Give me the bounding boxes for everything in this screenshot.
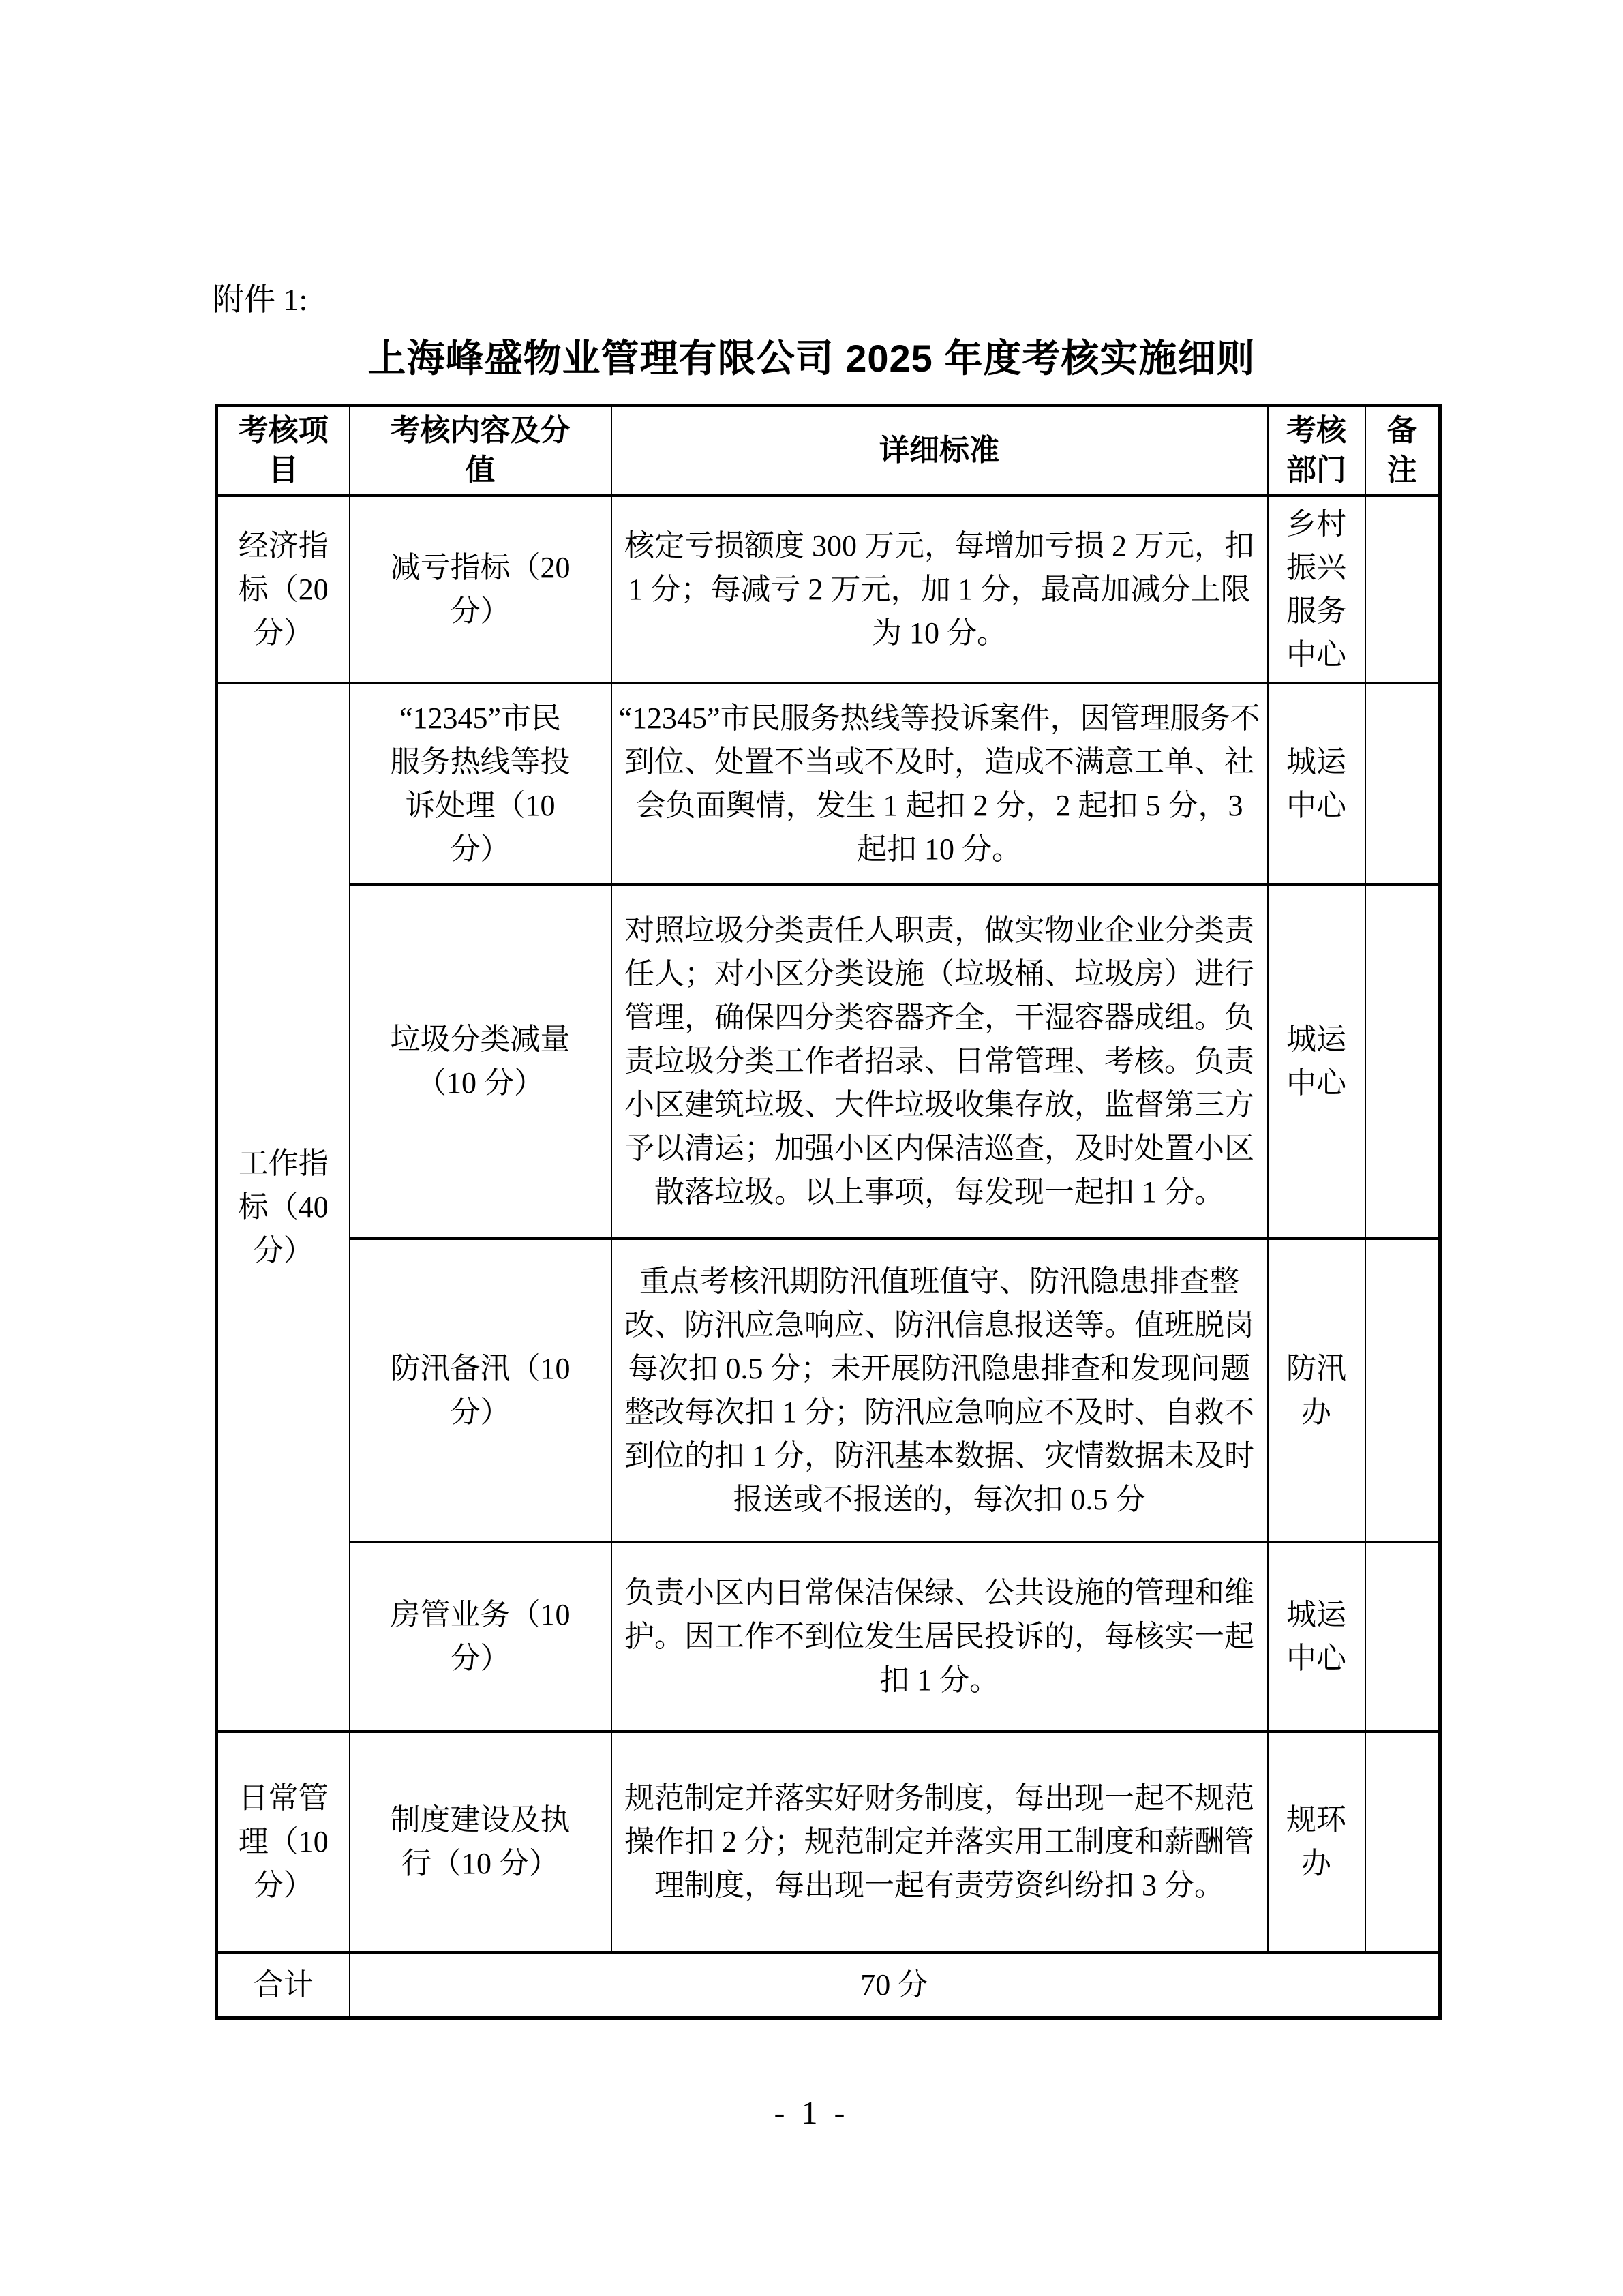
header-content-score-label: 考核内容及分值 [385,411,576,490]
note-flood-control [1365,1239,1440,1542]
total-label-cell: 合计 [217,1952,350,2018]
department-system-building: 规环办 [1268,1732,1365,1952]
standard-12345-hotline: “12345”市民服务热线等投诉案件，因管理服务不到位、处置不当或不及时，造成不… [611,683,1268,884]
table-row: 日常管理（10 分） 制度建设及执行（10 分） 规范制定并落实好财务制度，每出… [217,1732,1440,1952]
section-economic-indicators-label: 经济指标（20 分） [226,524,342,655]
content-loss-reduction: 减亏指标（20 分） [350,496,611,683]
standard-loss-reduction: 核定亏损额度 300 万元，每增加亏损 2 万元，扣 1 分；每减亏 2 万元，… [611,496,1268,683]
note-loss-reduction [1365,496,1440,683]
content-housing-management: 房管业务（10 分） [350,1542,611,1732]
standard-waste-sorting: 对照垃圾分类责任人职责，做实物业企业分类责任人；对小区分类设施（垃圾桶、垃圾房）… [611,884,1268,1239]
section-economic-indicators: 经济指标（20 分） [217,496,350,683]
department-flood-control: 防汛办 [1268,1239,1365,1542]
section-daily-management: 日常管理（10 分） [217,1732,350,1952]
header-assessment-item: 考核项目 [217,406,350,496]
content-waste-sorting: 垃圾分类减量（10 分） [350,884,611,1239]
section-daily-management-label: 日常管理（10 分） [226,1777,342,1907]
page-number: - 1 - [0,2094,1623,2132]
content-system-building: 制度建设及执行（10 分） [350,1732,611,1952]
table-row: 经济指标（20 分） 减亏指标（20 分） 核定亏损额度 300 万元，每增加亏… [217,496,1440,683]
table-row: 工作指标（40 分） “12345”市民服务热线等投诉处理（10 分） “123… [217,683,1440,884]
content-flood-control: 防汛备汛（10 分） [350,1239,611,1542]
header-content-score: 考核内容及分值 [350,406,611,496]
standard-system-building: 规范制定并落实好财务制度，每出现一起不规范操作扣 2 分；规范制定并落实用工制度… [611,1732,1268,1952]
note-housing-management [1365,1542,1440,1732]
doc-title: 上海峰盛物业管理有限公司 2025 年度考核实施细则 [0,329,1623,383]
header-remarks: 备注 [1365,406,1440,496]
header-detailed-standard: 详细标准 [611,406,1268,496]
content-housing-management-label: 房管业务（10 分） [385,1593,576,1680]
department-12345-hotline-label: 城运中心 [1282,740,1350,828]
section-work-indicators-label: 工作指标（40 分） [226,1142,342,1273]
standard-housing-management: 负责小区内日常保洁保绿、公共设施的管理和维护。因工作不到位发生居民投诉的，每核实… [611,1542,1268,1732]
total-score-cell: 70 分 [350,1952,1440,2018]
note-waste-sorting [1365,884,1440,1239]
header-assessment-department: 考核部门 [1268,406,1365,496]
content-waste-sorting-label: 垃圾分类减量（10 分） [385,1018,576,1105]
content-12345-hotline-label: “12345”市民服务热线等投诉处理（10 分） [385,697,576,871]
content-flood-control-label: 防汛备汛（10 分） [385,1347,576,1434]
department-waste-sorting-label: 城运中心 [1282,1018,1350,1105]
department-loss-reduction: 乡村振兴服务中心 [1268,496,1365,683]
department-loss-reduction-label: 乡村振兴服务中心 [1282,502,1350,677]
total-row: 合计 70 分 [217,1952,1440,2018]
header-detailed-standard-label: 详细标准 [879,434,999,467]
header-assessment-department-label: 考核部门 [1282,411,1350,490]
note-12345-hotline [1365,683,1440,884]
department-12345-hotline: 城运中心 [1268,683,1365,884]
section-work-indicators: 工作指标（40 分） [217,683,350,1732]
attachment-label: 附件 1: [213,281,307,318]
header-remarks-label: 备注 [1385,411,1419,490]
content-12345-hotline: “12345”市民服务热线等投诉处理（10 分） [350,683,611,884]
department-housing-management: 城运中心 [1268,1542,1365,1732]
department-waste-sorting: 城运中心 [1268,884,1365,1239]
note-system-building [1365,1732,1440,1952]
table-row: 房管业务（10 分） 负责小区内日常保洁保绿、公共设施的管理和维护。因工作不到位… [217,1542,1440,1732]
content-system-building-label: 制度建设及执行（10 分） [385,1798,576,1886]
standard-flood-control: 重点考核汛期防汛值班值守、防汛隐患排查整改、防汛应急响应、防汛信息报送等。值班脱… [611,1239,1268,1542]
department-housing-management-label: 城运中心 [1282,1593,1350,1680]
content-loss-reduction-label: 减亏指标（20 分） [385,546,576,633]
assessment-table: 考核项目 考核内容及分值 详细标准 考核部门 备注 经济指标（20 分） 减亏指… [215,404,1442,2020]
table-row: 垃圾分类减量（10 分） 对照垃圾分类责任人职责，做实物业企业分类责任人；对小区… [217,884,1440,1239]
department-system-building-label: 规环办 [1282,1798,1350,1886]
table-row: 防汛备汛（10 分） 重点考核汛期防汛值班值守、防汛隐患排查整改、防汛应急响应、… [217,1239,1440,1542]
department-flood-control-label: 防汛办 [1282,1347,1350,1434]
header-assessment-item-label: 考核项目 [226,411,342,490]
